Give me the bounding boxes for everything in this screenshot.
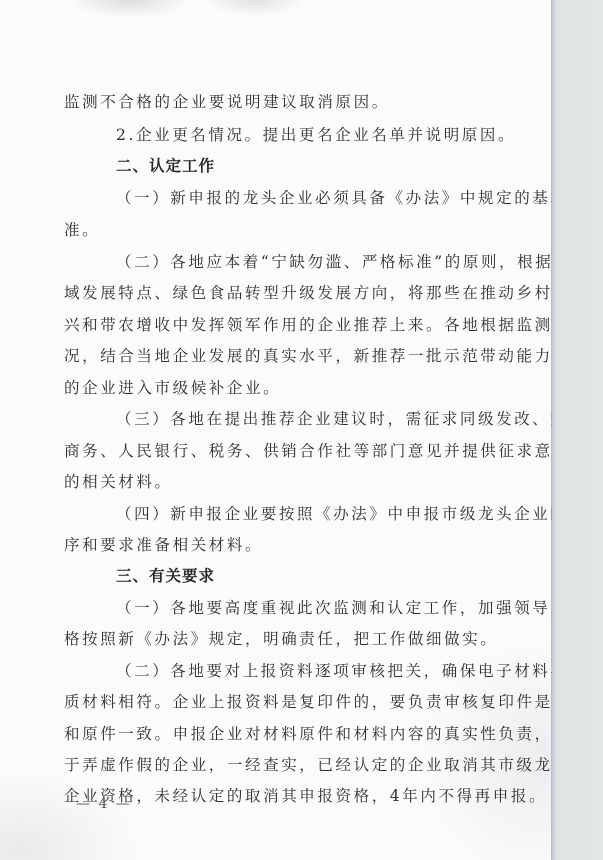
document-page: 监测不合格的企业要说明建议取消原因。 2.企业更名情况。提出更名企业名单并说明原… <box>0 0 551 860</box>
paragraph-line: （一）新申报的龙头企业必须具备《办法》中规定的基本标 <box>116 188 587 208</box>
paragraph-line: （一）各地要高度重视此次监测和认定工作，加强领导，严 <box>116 598 587 618</box>
paragraph-line: 域发展特点、绿色食品转型升级发展方向，将那些在推动乡村振 <box>64 283 571 303</box>
paragraph-line: 格按照新《办法》规定，明确责任，把工作做细做实。 <box>64 629 498 649</box>
paragraph-line: 企业资格，未经认定的取消其申报资格，4年内不得再申报。 <box>64 786 547 806</box>
paragraph-line: 监测不合格的企业要说明建议取消原因。 <box>64 92 390 112</box>
paragraph-line: 序和要求准备相关材料。 <box>64 535 263 555</box>
paragraph-line: 质材料相符。企业上报资料是复印件的，要负责审核复印件是否 <box>64 692 571 712</box>
paragraph-line: 于弄虚作假的企业，一经查实，已经认定的企业取消其市级龙头 <box>64 755 571 775</box>
paragraph-line: （三）各地在提出推荐企业建议时，需征求同级发改、财政、 <box>116 409 603 429</box>
paragraph-line: （二）各地要对上报资料逐项审核把关，确保电子材料与纸 <box>116 661 587 681</box>
paragraph-line: 2.企业更名情况。提出更名企业名单并说明原因。 <box>116 125 516 145</box>
paragraph-line: 准。 <box>64 220 100 240</box>
paragraph-line: 的相关材料。 <box>64 472 173 492</box>
scan-background-strip <box>552 0 603 860</box>
paragraph-line: （二）各地应本着“宁缺勿滥、严格标准”的原则，根据区 <box>116 252 571 272</box>
page-number: — 4 — <box>76 796 132 812</box>
paragraph-line: 况，结合当地企业发展的真实水平，新推荐一批示范带动能力强 <box>64 346 571 366</box>
paragraph-line: （四）新申报企业要按照《办法》中申报市级龙头企业的程 <box>116 504 587 524</box>
paragraph-line: 和原件一致。申报企业对材料原件和材料内容的真实性负责，对 <box>64 724 571 744</box>
paragraph-line: 兴和带农增收中发挥领军作用的企业推荐上来。各地根据监测情 <box>64 315 571 335</box>
paragraph-line: 的企业进入市级候补企业。 <box>64 378 281 398</box>
section-heading: 三、有关要求 <box>116 566 215 586</box>
section-heading: 二、认定工作 <box>116 156 215 176</box>
paragraph-line: 商务、人民银行、税务、供销合作社等部门意见并提供征求意见 <box>64 441 571 461</box>
